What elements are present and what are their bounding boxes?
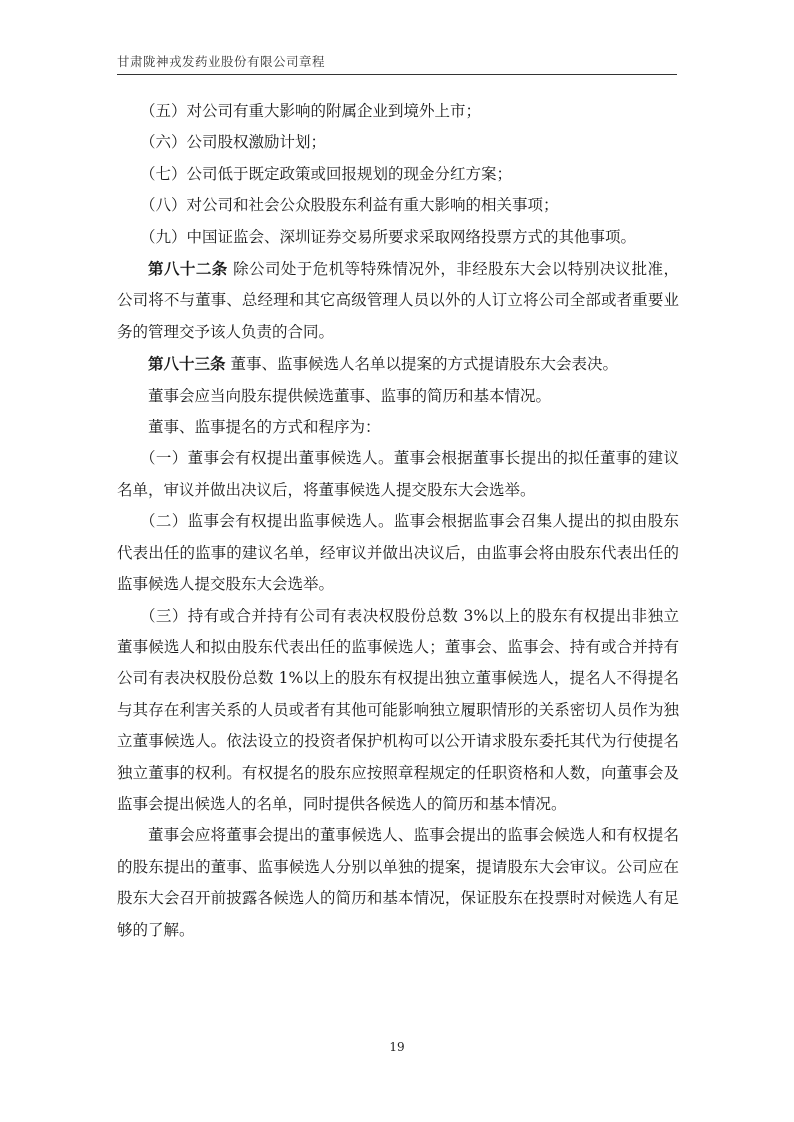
article-83: 第八十三条 董事、监事候选人名单以提案的方式提请股东大会表决。 bbox=[117, 348, 679, 380]
paragraph: 董事、监事提名的方式和程序为： bbox=[117, 412, 679, 443]
list-item: （六）公司股权激励计划； bbox=[117, 127, 679, 158]
paragraph: 董事会应将董事会提出的董事候选人、监事会提出的监事会候选人和有权提名的股东提出的… bbox=[117, 820, 679, 946]
paragraph: （一）董事会有权提出董事候选人。董事会根据董事长提出的拟任董事的建议名单，审议并… bbox=[117, 443, 679, 506]
page-number: 19 bbox=[0, 1040, 794, 1054]
list-item: （九）中国证监会、深圳证券交易所要求采取网络投票方式的其他事项。 bbox=[117, 222, 679, 253]
article-82: 第八十二条 除公司处于危机等特殊情况外，非经股东大会以特别决议批准，公司将不与董… bbox=[117, 253, 679, 348]
page-header: 甘肃陇神戎发药业股份有限公司章程 bbox=[117, 54, 677, 70]
article-heading: 第八十三条 bbox=[148, 354, 226, 373]
list-item: （五）对公司有重大影响的附属企业到境外上市； bbox=[117, 96, 679, 127]
list-item: （八）对公司和社会公众股股东利益有重大影响的相关事项； bbox=[117, 190, 679, 221]
list-item: （七）公司低于既定政策或回报规划的现金分红方案； bbox=[117, 159, 679, 190]
paragraph: （二）监事会有权提出监事候选人。监事会根据监事会召集人提出的拟由股东代表出任的监… bbox=[117, 506, 679, 600]
article-text: 董事、监事候选人名单以提案的方式提请股东大会表决。 bbox=[226, 355, 618, 373]
paragraph: （三）持有或合并持有公司有表决权股份总数 3%以上的股东有权提出非独立董事候选人… bbox=[117, 601, 679, 821]
paragraph: 董事会应当向股东提供候选董事、监事的简历和基本情况。 bbox=[117, 381, 679, 412]
document-title: 甘肃陇神戎发药业股份有限公司章程 bbox=[117, 54, 677, 70]
article-heading: 第八十二条 bbox=[148, 259, 228, 278]
document-body: （五）对公司有重大影响的附属企业到境外上市； （六）公司股权激励计划； （七）公… bbox=[117, 96, 679, 946]
header-divider bbox=[117, 74, 677, 75]
